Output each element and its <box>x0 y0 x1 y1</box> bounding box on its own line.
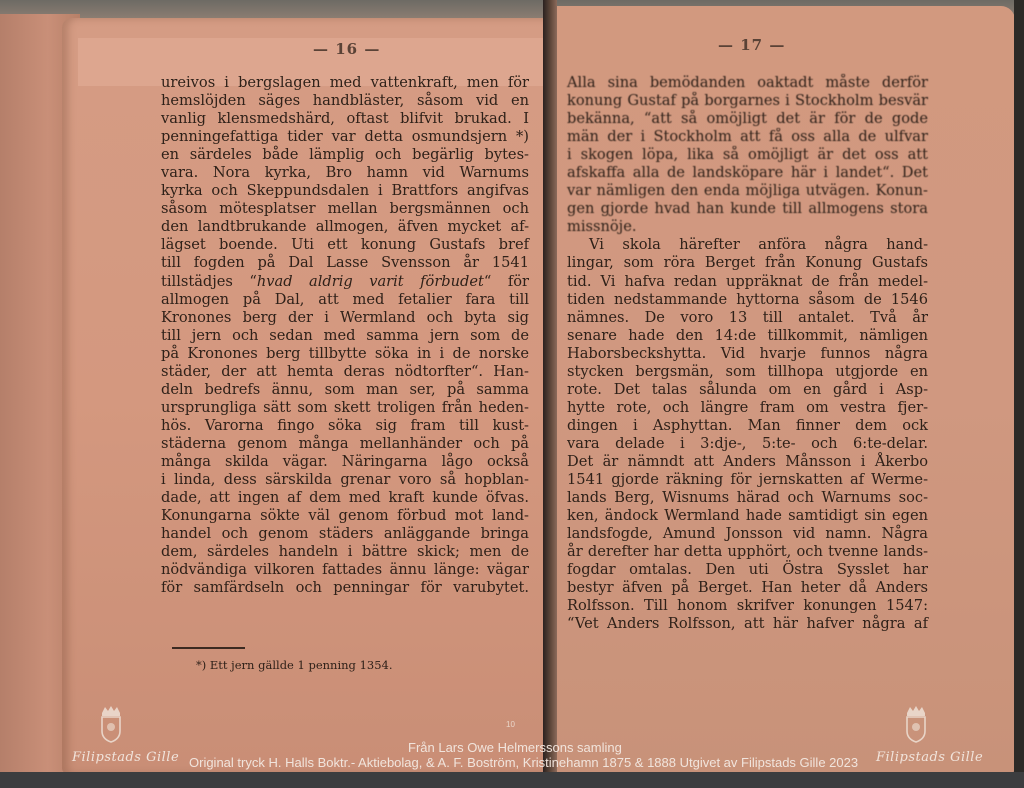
text-line: en särdeles både lämplig och begärlig by… <box>161 146 529 164</box>
text-line: Alla sina bemödanden oaktadt måste derfö… <box>567 74 928 92</box>
coat-of-arms-icon <box>98 705 124 743</box>
text-line: dade, att ingen af dem med kraft kunde ö… <box>161 489 529 507</box>
text-line: Kronones berg der i Wermland och byta si… <box>161 309 529 327</box>
text-line: gen gjorde hvad han kunde till allmogens… <box>567 200 928 218</box>
text-line: bestyr äfven på Berget. Han heter då And… <box>567 579 928 597</box>
text-line: missnöje. <box>567 218 928 236</box>
text-line: den landtbrukande allmogen, äfven mycket… <box>161 218 529 236</box>
text-line: senare hade den 14:de tillkommit, nämlig… <box>567 327 928 345</box>
text-line: hytte rote, och längre fram om vestra fj… <box>567 399 928 417</box>
text-line: landsfogde, Amund Jonsson vid namn. Någr… <box>567 525 928 543</box>
publisher-logo-text: Filipstads Gille <box>72 750 179 765</box>
text-line: män der i Stockholm att få oss alla de u… <box>567 128 928 146</box>
text-line: nämnes. De voro 13 till antalet. Två år <box>567 309 928 327</box>
text-line: nödvändiga vilkoren fattades ännu länge:… <box>161 561 529 579</box>
text-line: allmogen på Dal, att med fetalier fara t… <box>161 291 529 309</box>
text-line: städer, der att hemta deras nödtorfter“.… <box>161 363 529 381</box>
coat-of-arms-icon <box>903 705 929 743</box>
text-line: penningefattiga tider var detta osmundsj… <box>161 128 529 146</box>
right-page-text: Alla sina bemödanden oaktadt måste derfö… <box>567 74 928 633</box>
text-line: i skogen löpa, lika så omöjligt är det o… <box>567 146 928 164</box>
text-line: Rolfsson. Till honom skrifver konungen 1… <box>567 597 928 615</box>
text-line: fogdar omtalas. Den uti Östra Sysslet ha… <box>567 561 928 579</box>
text-line: lingar, som röra Berget från Konung Gust… <box>567 254 928 272</box>
text-line: i linda, dess särskilda grenar voro så h… <box>161 471 529 489</box>
scan-mark: 10 <box>506 720 515 729</box>
text-line: kyrka och Skeppundsdalen i Brattfors ang… <box>161 182 529 200</box>
text-line: dingen i Asphyttan. Man finner dem ock <box>567 417 928 435</box>
left-page-text: ureivos i bergslagen med vattenkraft, me… <box>161 74 529 597</box>
text-line: städerna genom många mellanhänder och på <box>161 435 529 453</box>
text-line: ursprungliga sätt som skett troligen frå… <box>161 399 529 417</box>
text-line: på Kronones berg tillbytte söka in i de … <box>161 345 529 363</box>
text-line: ken, ändock Wermland hade samtidigt sin … <box>567 507 928 525</box>
text-line: år derefter har detta upphört, och tvenn… <box>567 543 928 561</box>
text-line: många skilda vägar. Näringarna lågo ocks… <box>161 453 529 471</box>
text-line: vanlig klensmedshärd, oftast blifvit bru… <box>161 110 529 128</box>
book-gutter <box>543 0 557 788</box>
text-line: för samfärdseln och penningar för varuby… <box>161 579 529 597</box>
left-page-number: — 16 — <box>313 40 380 58</box>
publisher-logo-text: Filipstads Gille <box>876 750 983 765</box>
text-line: lägset boende. Uti ett konung Gustafs br… <box>161 236 529 254</box>
text-line: var nämligen den enda möjliga utvägen. K… <box>567 182 928 200</box>
text-line: konung Gustaf på borgarnes i Stockholm b… <box>567 92 928 110</box>
text-line: lands Berg, Wisnums härad och Warnums so… <box>567 489 928 507</box>
text-line: stycken bergsmän, som tillhopa utgjorde … <box>567 363 928 381</box>
text-line: tillstädjes “hvad aldrig varit förbudet“… <box>161 273 529 291</box>
text-line: dem, särdeles handeln i bättre skick; me… <box>161 543 529 561</box>
text-line: Haborsbeckshytta. Vid hvarje funnos någr… <box>567 345 928 363</box>
footnote-divider <box>172 647 245 649</box>
print-credit: Original tryck H. Halls Boktr.- Aktiebol… <box>189 755 858 770</box>
text-line: till fogden på Dal Lasse Svensson år 154… <box>161 254 529 272</box>
text-line: “Vet Anders Rolfsson, att här hafver någ… <box>567 615 928 633</box>
text-line: bekänna, “att så omöjligt det är för de … <box>567 110 928 128</box>
text-line: till jern och sedan med samma jern som d… <box>161 327 529 345</box>
text-line: vara. Nora kyrka, Bro hamn vid Warnums <box>161 164 529 182</box>
text-line: ureivos i bergslagen med vattenkraft, me… <box>161 74 529 92</box>
text-line: Konungarna sökte väl genom förbud mot la… <box>161 507 529 525</box>
text-line: såsom mötesplatser mellan bergsmännen oc… <box>161 200 529 218</box>
text-line: Det är nämndt att Anders Månsson i Åkerb… <box>567 453 928 471</box>
text-line: tiden nedstammande hyttorna såsom de 154… <box>567 291 928 309</box>
text-line: tid. Vi hafva redan uppräknat de från me… <box>567 273 928 291</box>
text-line: rote. Det talas sålunda om en gård i Asp… <box>567 381 928 399</box>
text-line: handel och genom städers anläggande brin… <box>161 525 529 543</box>
collection-credit: Från Lars Owe Helmerssons samling <box>408 740 622 755</box>
text-line: 1541 gjorde räkning för jernskatten af W… <box>567 471 928 489</box>
text-line: hemslöjden säges handbläster, såsom vid … <box>161 92 529 110</box>
footnote: *) Ett jern gällde 1 penning 1354. <box>196 658 393 672</box>
text-line: vara delade i 3:dje-, 5:te- och 6:te-del… <box>567 435 928 453</box>
text-line: hös. Varorna fingo söka sig fram till ku… <box>161 417 529 435</box>
right-page-number: — 17 — <box>718 36 785 54</box>
text-line: deln bedrefs ännu, som man ser, på samma <box>161 381 529 399</box>
text-line: Vi skola härefter anföra några hand- <box>567 236 928 254</box>
scan-background-right <box>1014 0 1024 788</box>
scan-background-bottom <box>0 772 1024 788</box>
text-line: afskaffa alla de landsköpare här i lande… <box>567 164 928 182</box>
